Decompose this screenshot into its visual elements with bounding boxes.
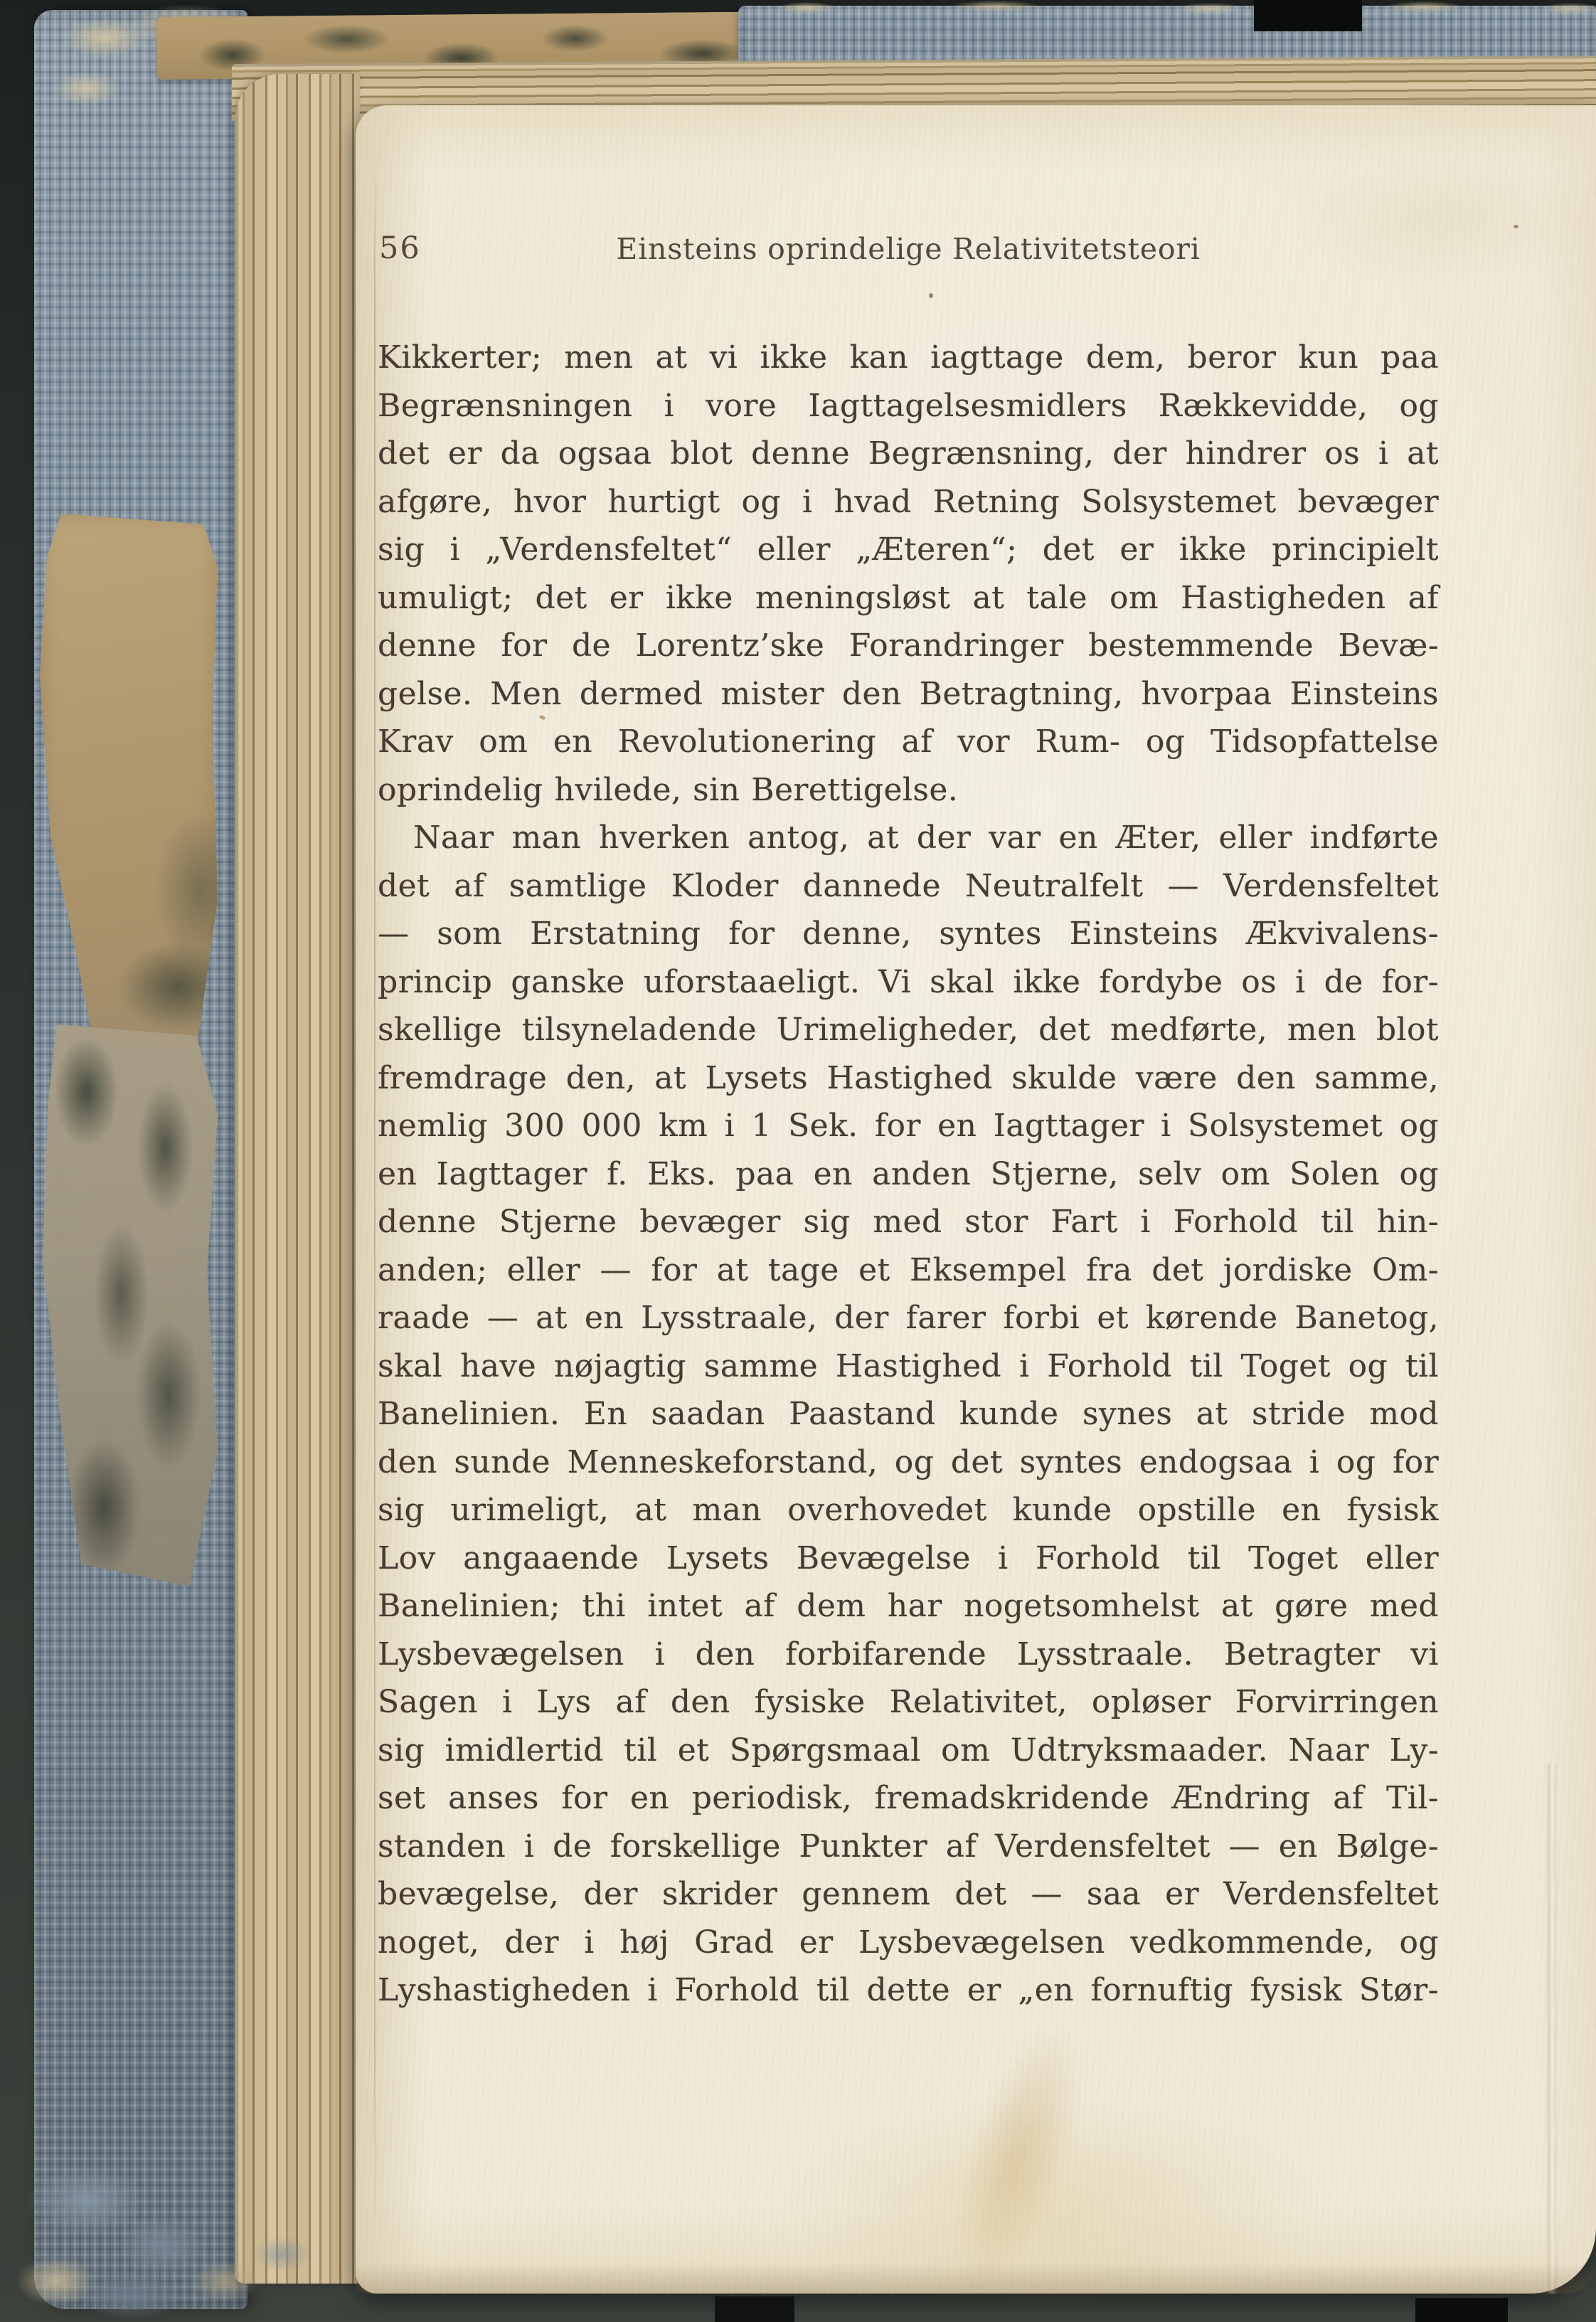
text-line: bevægelse, der skrider gennem det — saa …: [378, 1870, 1439, 1919]
text-line: sig urimeligt, at man overhovedet kunde …: [378, 1486, 1439, 1534]
text-line: nemlig 300 000 km i 1 Sek. for en Iagtta…: [378, 1102, 1439, 1150]
text-line: umuligt; det er ikke meningsløst at tale…: [378, 574, 1439, 622]
cloth-fray-bottom-left: [18, 2138, 395, 2317]
text-line: skellige tilsyneladende Urimeligheder, d…: [378, 1006, 1439, 1054]
backdrop-dark-tab: [715, 2296, 794, 2322]
text-line: en Iagttager f. Eks. paa en anden Stjern…: [378, 1150, 1439, 1199]
page-header: 56 Einsteins oprindelige Relativitetsteo…: [378, 230, 1439, 267]
text-line: gelse. Men dermed mister den Betragtning…: [378, 670, 1439, 719]
backdrop-dark-tab: [1415, 2298, 1508, 2322]
text-line: oprindelig hvilede, sin Berettigelse.: [378, 766, 1439, 815]
text-line: den sunde Menneskeforstand, og det synte…: [378, 1438, 1439, 1487]
text-line: noget, der i høj Grad er Lysbevægelsen v…: [378, 1919, 1439, 1967]
text-line: anden; eller — for at tage et Eksempel f…: [378, 1246, 1439, 1295]
text-line: det af samtlige Kloder dannede Neutralfe…: [378, 862, 1439, 911]
text-line: Lov angaaende Lysets Bevægelse i Forhold…: [378, 1534, 1439, 1583]
page-bottom-shade: [356, 2262, 1596, 2294]
text-line: raade — at en Lysstraale, der farer forb…: [378, 1294, 1439, 1342]
text-line: Begrænsningen i vore Iagttagelsesmidlers…: [378, 382, 1439, 430]
paper-speck: [690, 1850, 694, 1854]
text-line: — som Erstatning for denne, syntes Einst…: [378, 910, 1439, 958]
text-line: fremdrage den, at Lysets Hastighed skuld…: [378, 1054, 1439, 1103]
text-line: afgøre, hvor hurtigt og i hvad Retning S…: [378, 478, 1439, 526]
text-line: Banelinien; thi intet af dem har nogetso…: [378, 1582, 1439, 1631]
text-block: Kikkerter; men at vi ikke kan iagttage d…: [378, 334, 1439, 2015]
photo-backdrop: { "page": { "number": "56", "running_tit…: [0, 0, 1596, 2322]
paper-speck: [1513, 225, 1518, 228]
text-line: Naar man hverken antog, at der var en Æt…: [378, 814, 1439, 862]
page-block-edge-left: [235, 74, 360, 2284]
text-line: sig i „Verdensfeltet“ eller „Æteren“; de…: [378, 526, 1439, 574]
text-line: skal have nøjagtig samme Hastighed i For…: [378, 1342, 1439, 1391]
text-line: Sagen i Lys af den fysiske Relativitet, …: [378, 1678, 1439, 1727]
text-line: princip ganske uforstaaeligt. Vi skal ik…: [378, 958, 1439, 1007]
page-crease-right: [1548, 1763, 1556, 2294]
text-line: standen i de forskellige Punkter af Verd…: [378, 1823, 1439, 1871]
text-line: set anses for en periodisk, fremadskride…: [378, 1774, 1439, 1823]
backdrop-gap-top: [1254, 0, 1362, 31]
text-line: Lysbevægelsen i den forbifarende Lysstra…: [378, 1631, 1439, 1679]
text-line: Kikkerter; men at vi ikke kan iagttage d…: [378, 334, 1439, 382]
ink-dot-mark: [929, 293, 933, 298]
text-line: Lyshastigheden i Forhold til dette er „e…: [378, 1966, 1439, 2015]
paper-stain-top-right: [1294, 155, 1593, 283]
text-line: denne Stjerne bevæger sig med stor Fart …: [378, 1198, 1439, 1246]
text-line: Banelinien. En saadan Paastand kunde syn…: [378, 1390, 1439, 1438]
running-title: Einsteins oprindelige Relativitetsteori: [378, 232, 1439, 266]
gutter-crease-line: [374, 145, 376, 2244]
text-line: denne for de Lorentz’ske Forandringer be…: [378, 622, 1439, 670]
scanned-book-page: 56 Einsteins oprindelige Relativitetsteo…: [356, 105, 1596, 2294]
text-line: Krav om en Revolutionering af vor Rum- o…: [378, 718, 1439, 766]
text-line: sig imidlertid til et Spørgsmaal om Udtr…: [378, 1727, 1439, 1775]
text-line: det er da ogsaa blot denne Begrænsning, …: [378, 430, 1439, 478]
